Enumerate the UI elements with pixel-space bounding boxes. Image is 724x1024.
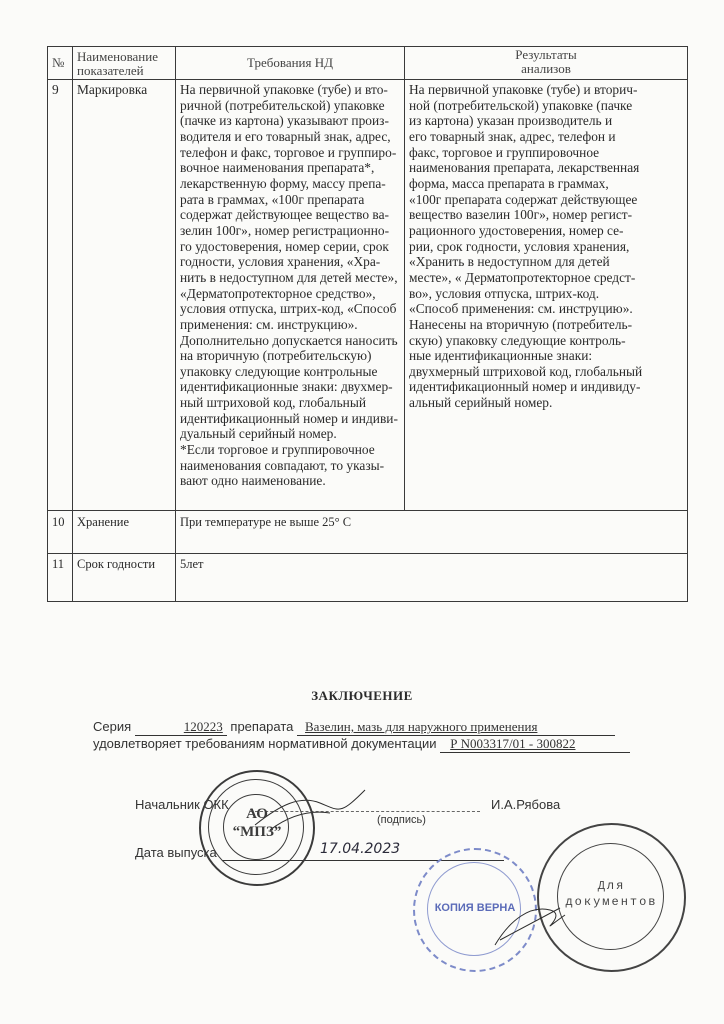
documents-stamp-line1: Для <box>539 879 684 893</box>
text-line: идентификационный номер и индиви- <box>180 411 400 427</box>
header-indicator-name: Наименование показателей <box>73 47 176 80</box>
row-indicator-name: Хранение <box>73 511 176 554</box>
text-line: нить в недоступном для детей месте», <box>180 270 400 286</box>
text-line: факс, торговое и группировочное <box>409 145 683 161</box>
signature-caption: (подпись) <box>377 814 426 826</box>
text-line: ный штриховой код, глобальный <box>180 395 400 411</box>
preparation-label: препарата <box>230 719 293 734</box>
series-value: 120223 <box>135 719 227 736</box>
text-line: зелин 100г», номер регистрационно- <box>180 223 400 239</box>
text-line: идентификационные знаки: двухмер- <box>180 379 400 395</box>
series-label: Серия <box>93 719 131 734</box>
text-line: Дополнительно допускается наносить <box>180 333 400 349</box>
text-line: упаковку следующие контрольные <box>180 364 400 380</box>
text-line: наименования совпадают, то указы- <box>180 458 400 474</box>
text-line: месте», « Дерматопротекторное средст- <box>409 270 683 286</box>
text-line: го удостоверения, номер серии, срок <box>180 239 400 255</box>
compliance-line: удовлетворяет требованиям нормативной до… <box>93 736 630 753</box>
analysis-table: № Наименование показателей Требования НД… <box>47 46 688 602</box>
text-line: наименования препарата, лекарственная <box>409 160 683 176</box>
table-row: 10 Хранение При температуре не выше 25° … <box>48 511 688 554</box>
text-line: идентификационный номер и индивиду- <box>409 379 683 395</box>
text-line: альный серийный номер. <box>409 395 683 411</box>
header-number: № <box>48 47 73 80</box>
table-row: 11 Срок годности 5лет <box>48 554 688 602</box>
text-line: На первичной упаковке (тубе) и вто- <box>180 82 400 98</box>
text-line: телефон и факс, торговое и группиро- <box>180 145 400 161</box>
company-stamp-center2: “МПЗ” <box>201 824 313 841</box>
row-requirements: 5лет <box>176 554 405 602</box>
text-line: «Способ применения: см. инструцию». <box>409 301 683 317</box>
text-line: «Дерматопротекторное средство», <box>180 286 400 302</box>
text-line: На первичной упаковке (тубе) и вторич- <box>409 82 683 98</box>
text-line: (пачке из картона) указывают произ- <box>180 113 400 129</box>
text-line: содержат действующее вещество ва- <box>180 207 400 223</box>
text-line: Нанесены на вторичную (потребитель- <box>409 317 683 333</box>
text-line: рии, срок годности, условия хранения, <box>409 239 683 255</box>
text-line: вают одно наименование. <box>180 473 400 489</box>
text-line: его товарный знак, адрес, телефон и <box>409 129 683 145</box>
header-requirements: Требования НД <box>176 47 405 80</box>
text-line: «Хранить в недоступном для детей <box>409 254 683 270</box>
compliance-text: удовлетворяет требованиям нормативной до… <box>93 736 437 751</box>
preparation-value: Вазелин, мазь для наружного применения <box>297 719 615 736</box>
signer-name: И.А.Рябова <box>491 797 560 812</box>
company-stamp-icon: АО “МПЗ” <box>199 770 315 886</box>
text-line: годности, условия хранения, «Хра- <box>180 254 400 270</box>
text-line: водителя и его товарный знак, адрес, <box>180 129 400 145</box>
certifier-signature-icon <box>490 900 570 950</box>
text-line: дуальный серийный номер. <box>180 426 400 442</box>
text-line: на вторичную (потребительскую) <box>180 348 400 364</box>
table-header-row: № Наименование показателей Требования НД… <box>48 47 688 80</box>
text-line: *Если торговое и группировочное <box>180 442 400 458</box>
text-line: рата в граммах, «100г препарата <box>180 192 400 208</box>
text-line: форма, масса препарата в граммах, <box>409 176 683 192</box>
row-requirements: На первичной упаковке (тубе) и вто-рично… <box>176 80 405 511</box>
text-line: условия отпуска, штрих-код, «Способ <box>180 301 400 317</box>
row-number: 10 <box>48 511 73 554</box>
table-row: 9 Маркировка На первичной упаковке (тубе… <box>48 80 688 511</box>
text-line: рационного удостоверения, номер се- <box>409 223 683 239</box>
row-results <box>405 554 688 602</box>
text-line: лекарственную форму, массу препа- <box>180 176 400 192</box>
text-line: вещество вазелин 100г», номер регист- <box>409 207 683 223</box>
row-results: На первичной упаковке (тубе) и вторич-но… <box>405 80 688 511</box>
row-requirements: При температуре не выше 25° С <box>176 511 405 554</box>
text-line: «100г препарата содержат действующее <box>409 192 683 208</box>
text-line: ные идентификационные знаки: <box>409 348 683 364</box>
text-line: двухмерный штриховой код, глобальный <box>409 364 683 380</box>
text-line: ричной (потребительской) упаковке <box>180 98 400 114</box>
text-line: вочное наименования препарата*, <box>180 160 400 176</box>
series-line: Серия 120223 препарата Вазелин, мазь для… <box>93 719 615 736</box>
text-line: применения: см. инструкцию». <box>180 317 400 333</box>
text-line: во», условия отпуска, штрих-код. <box>409 286 683 302</box>
header-results: Результаты анализов <box>405 47 688 80</box>
row-number: 9 <box>48 80 73 511</box>
row-indicator-name: Маркировка <box>73 80 176 511</box>
row-indicator-name: Срок годности <box>73 554 176 602</box>
text-line: из картона) указан производитель и <box>409 113 683 129</box>
nd-value: Р N003317/01 - 300822 <box>440 736 630 753</box>
row-results <box>405 511 688 554</box>
text-line: ной (потребительской) упаковке (пачке <box>409 98 683 114</box>
company-stamp-center: АО <box>201 806 313 823</box>
conclusion-title: ЗАКЛЮЧЕНИЕ <box>0 688 724 704</box>
text-line: скую) упаковку следующие контроль- <box>409 333 683 349</box>
row-number: 11 <box>48 554 73 602</box>
